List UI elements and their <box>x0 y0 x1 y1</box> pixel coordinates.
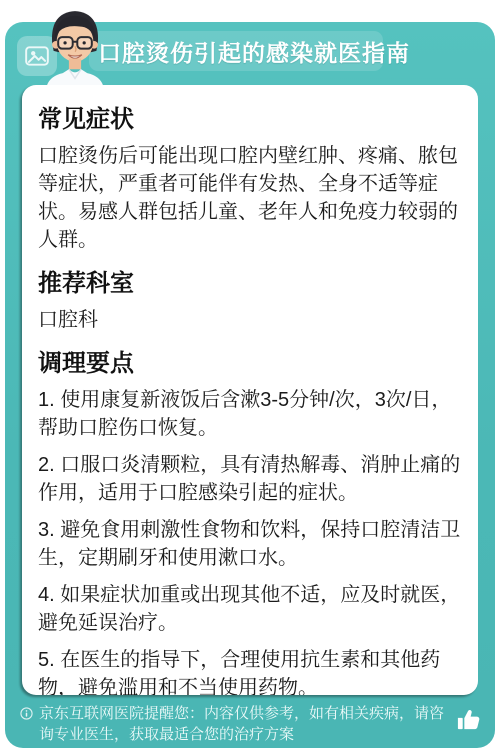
thumbs-up-icon <box>455 706 483 734</box>
disclaimer-footer: 京东互联网医院提醒您：内容仅供参考，如有相关疾病，请咨询专业医生，获取最适合您的… <box>5 695 495 748</box>
care-point-item: 1. 使用康复新液饭后含漱3-5分钟/次，3次/日，帮助口腔伤口恢复。 <box>38 386 462 442</box>
section-heading-care-points: 调理要点 <box>38 343 462 378</box>
doctor-avatar-illustration <box>29 2 121 85</box>
content-card: 常见症状 口腔烫伤后可能出现口腔内壁红肿、疼痛、脓包等症状，严重者可能伴有发热、… <box>22 85 478 695</box>
section-heading-symptoms: 常见症状 <box>38 99 462 134</box>
doctor-avatar <box>29 2 121 85</box>
symptoms-paragraph: 口腔烫伤后可能出现口腔内壁红肿、疼痛、脓包等症状，严重者可能伴有发热、全身不适等… <box>38 142 462 254</box>
section-heading-department: 推荐科室 <box>38 263 462 298</box>
thumbs-up-button[interactable] <box>453 704 485 736</box>
title-band: 口腔烫伤引起的感染就医指南 <box>89 31 383 71</box>
disclaimer-text: 京东互联网医院提醒您：内容仅供参考，如有相关疾病，请咨询专业医生，获取最适合您的… <box>39 703 451 745</box>
info-icon <box>20 707 33 720</box>
care-point-item: 2. 口服口炎清颗粒，具有清热解毒、消肿止痛的作用，适用于口腔感染引起的症状。 <box>38 451 462 507</box>
care-point-item: 3. 避免食用刺激性食物和饮料，保持口腔清洁卫生，定期刷牙和使用漱口水。 <box>38 516 462 572</box>
guide-panel: 口腔烫伤引起的感染就医指南 常见症状 口腔烫伤后可能出现口腔内壁红肿、疼痛、脓包… <box>5 22 495 748</box>
care-point-item: 5. 在医生的指导下，合理使用抗生素和其他药物，避免滥用和不当使用药物。 <box>38 646 462 695</box>
department-paragraph: 口腔科 <box>38 306 462 334</box>
care-point-item: 4. 如果症状加重或出现其他不适，应及时就医，避免延误治疗。 <box>38 581 462 637</box>
page-title: 口腔烫伤引起的感染就医指南 <box>89 35 410 68</box>
